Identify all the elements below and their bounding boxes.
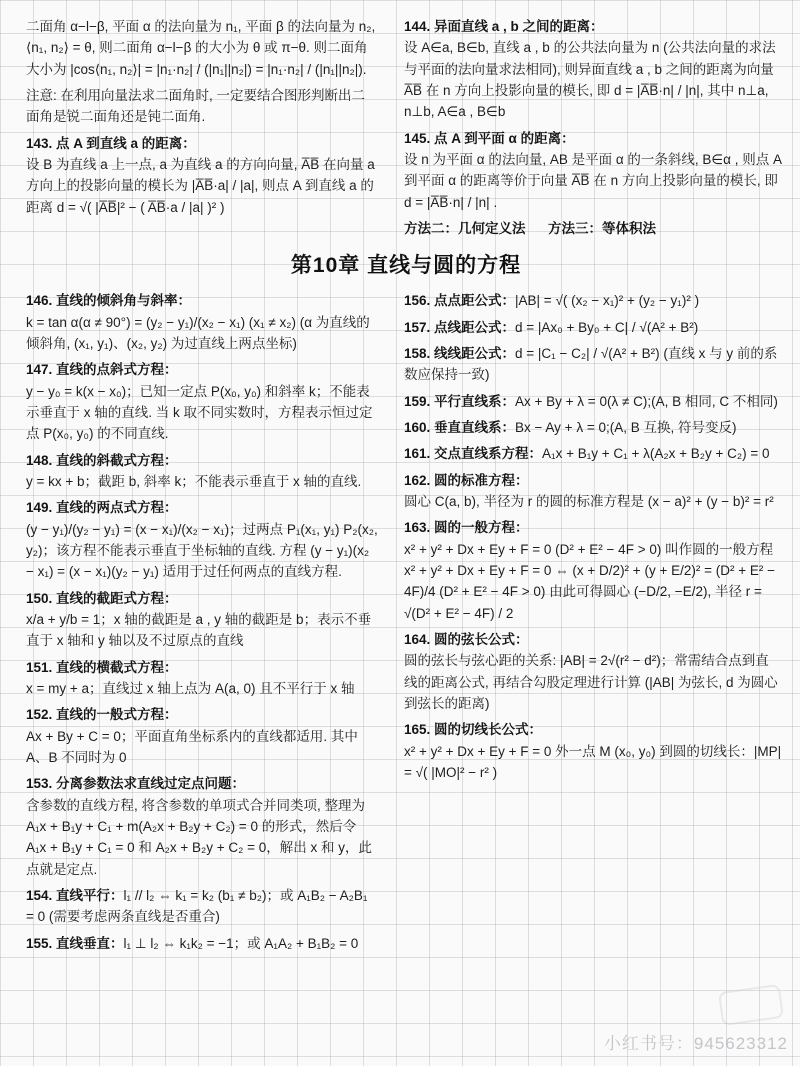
formula-item-155: 155. 直线垂直：l₁ ⊥ l₂ ⇔ k₁k₂ = −1；或 A₁A₂ + B… xyxy=(26,933,378,954)
item-body: Ax + By + λ = 0(λ ≠ C);(A, B 相同, C 不相同) xyxy=(515,394,778,409)
item-body: y = kx + b；截距 b, 斜率 k；不能表示垂直于 x 轴的直线. xyxy=(26,474,361,489)
item-body: 圆的弦长与弦心距的关系: |AB| = 2√(r² − d²)；常需结合点到直线… xyxy=(404,653,778,711)
formula-item-158: 158. 线线距公式：d = |C₁ − C₂| / √(A² + B²) (直… xyxy=(404,343,782,386)
item-title: 162. 圆的标准方程： xyxy=(404,470,782,491)
item-title: 161. 交点直线系方程： xyxy=(404,446,542,461)
item-title: 155. 直线垂直： xyxy=(26,936,124,951)
item-body: y − y₀ = k(x − x₀)；已知一定点 P(x₀, y₀) 和斜率 k… xyxy=(26,384,373,442)
item-body: Bx − Ay + λ = 0;(A, B 互换, 符号变反) xyxy=(515,420,736,435)
item-body: 含参数的直线方程, 将含参数的单项式合并同类项, 整理为 A₁x + B₁y +… xyxy=(26,798,372,877)
item-body: d = |Ax₀ + By₀ + C| / √(A² + B²) xyxy=(515,320,698,335)
chapter-title: 第10章 直线与圆的方程 xyxy=(26,249,786,282)
formula-item-164: 164. 圆的弦长公式：圆的弦长与弦心距的关系: |AB| = 2√(r² − … xyxy=(404,629,782,714)
formula-item-151: 151. 直线的横截式方程：x = my + a；直线过 x 轴上点为 A(a,… xyxy=(26,657,378,700)
item-body: 设 A∈a, B∈b, 直线 a , b 的公共法向量为 n (公共法向量的求法… xyxy=(404,40,776,119)
item-title: 156. 点点距公式： xyxy=(404,293,515,308)
formula-item-152: 152. 直线的一般式方程：Ax + By + C = 0；平面直角坐标系内的直… xyxy=(26,704,378,768)
formula-item-150: 150. 直线的截距式方程：x/a + y/b = 1；x 轴的截距是 a , … xyxy=(26,588,378,652)
alternate-methods-line: 方法二：几何定义法 方法三：等体积法 xyxy=(404,218,782,239)
formula-item-153: 153. 分离参数法求直线过定点问题：含参数的直线方程, 将含参数的单项式合并同… xyxy=(26,773,378,880)
formula-item-143: 143. 点 A 到直线 a 的距离： 设 B 为直线 a 上一点, a 为直线… xyxy=(26,133,378,218)
item-body: x² + y² + Dx + Ey + F = 0 (D² + E² − 4F … xyxy=(404,542,775,621)
formula-item-154: 154. 直线平行：l₁ // l₂ ⇔ k₁ = k₂ (b₁ ≠ b₂)；或… xyxy=(26,885,378,928)
item-title: 143. 点 A 到直线 a 的距离： xyxy=(26,133,378,154)
item-title: 154. 直线平行： xyxy=(26,888,124,903)
formula-item-145: 145. 点 A 到平面 α 的距离： 设 n 为平面 α 的法向量, AB 是… xyxy=(404,128,782,213)
formula-item-162: 162. 圆的标准方程：圆心 C(a, b), 半径为 r 的圆的标准方程是 (… xyxy=(404,470,782,513)
formula-item-156: 156. 点点距公式：|AB| = √( (x₂ − x₁)² + (y₂ − … xyxy=(404,290,782,311)
item-title: 158. 线线距公式： xyxy=(404,346,515,361)
main-section: 146. 直线的倾斜角与斜率：k = tan α(α ≠ 90°) = (y₂ … xyxy=(26,290,786,959)
item-body: Ax + By + C = 0；平面直角坐标系内的直线都适用. 其中 A、B 不… xyxy=(26,729,358,765)
item-body: x/a + y/b = 1；x 轴的截距是 a , y 轴的截距是 b；表示不垂… xyxy=(26,612,371,648)
notes-page: 二面角 α−l−β, 平面 α 的法向量为 n₁, 平面 β 的法向量为 n₂,… xyxy=(0,0,800,1066)
item-body: x² + y² + Dx + Ey + F = 0 外一点 M (x₀, y₀)… xyxy=(404,744,781,780)
main-right-column: 156. 点点距公式：|AB| = √( (x₂ − x₁)² + (y₂ − … xyxy=(404,290,782,959)
item-title: 157. 点线距公式： xyxy=(404,320,515,335)
item-body: (y − y₁)/(y₂ − y₁) = (x − x₁)/(x₂ − x₁)；… xyxy=(26,522,378,580)
formula-item-165: 165. 圆的切线长公式：x² + y² + Dx + Ey + F = 0 外… xyxy=(404,719,782,783)
item-body: |AB| = √( (x₂ − x₁)² + (y₂ − y₁)² ) xyxy=(515,293,699,308)
formula-item-149: 149. 直线的两点式方程：(y − y₁)/(y₂ − y₁) = (x − … xyxy=(26,497,378,582)
top-left-column: 二面角 α−l−β, 平面 α 的法向量为 n₁, 平面 β 的法向量为 n₂,… xyxy=(26,16,378,239)
formula-item-161: 161. 交点直线系方程：A₁x + B₁y + C₁ + λ(A₂x + B₂… xyxy=(404,443,782,464)
item-title: 150. 直线的截距式方程： xyxy=(26,588,378,609)
formula-item-144: 144. 异面直线 a , b 之间的距离： 设 A∈a, B∈b, 直线 a … xyxy=(404,16,782,123)
formula-item-163: 163. 圆的一般方程：x² + y² + Dx + Ey + F = 0 (D… xyxy=(404,517,782,624)
item-title: 163. 圆的一般方程： xyxy=(404,517,782,538)
item-title: 146. 直线的倾斜角与斜率： xyxy=(26,290,378,311)
formula-item-160: 160. 垂直直线系：Bx − Ay + λ = 0;(A, B 互换, 符号变… xyxy=(404,417,782,438)
formula-item-146: 146. 直线的倾斜角与斜率：k = tan α(α ≠ 90°) = (y₂ … xyxy=(26,290,378,354)
item-title: 164. 圆的弦长公式： xyxy=(404,629,782,650)
formula-item-148: 148. 直线的斜截式方程：y = kx + b；截距 b, 斜率 k；不能表示… xyxy=(26,450,378,493)
item-title: 160. 垂直直线系： xyxy=(404,420,515,435)
main-left-column: 146. 直线的倾斜角与斜率：k = tan α(α ≠ 90°) = (y₂ … xyxy=(26,290,378,959)
formula-item-157: 157. 点线距公式：d = |Ax₀ + By₀ + C| / √(A² + … xyxy=(404,317,782,338)
top-right-column: 144. 异面直线 a , b 之间的距离： 设 A∈a, B∈b, 直线 a … xyxy=(404,16,782,239)
item-title: 153. 分离参数法求直线过定点问题： xyxy=(26,773,378,794)
item-title: 145. 点 A 到平面 α 的距离： xyxy=(404,128,782,149)
faint-stamp-mark xyxy=(718,984,784,1026)
formula-item-147: 147. 直线的点斜式方程：y − y₀ = k(x − x₀)；已知一定点 P… xyxy=(26,359,378,444)
item-body: A₁x + B₁y + C₁ + λ(A₂x + B₂y + C₂) = 0 xyxy=(542,446,769,461)
item-title: 151. 直线的横截式方程： xyxy=(26,657,378,678)
dihedral-angle-paragraph: 二面角 α−l−β, 平面 α 的法向量为 n₁, 平面 β 的法向量为 n₂,… xyxy=(26,16,378,80)
item-title: 152. 直线的一般式方程： xyxy=(26,704,378,725)
item-title: 149. 直线的两点式方程： xyxy=(26,497,378,518)
item-title: 159. 平行直线系： xyxy=(404,394,515,409)
watermark-text: 小红书号：945623312 xyxy=(604,1031,788,1058)
item-body: x = my + a；直线过 x 轴上点为 A(a, 0) 且不平行于 x 轴 xyxy=(26,681,355,696)
item-body: 设 n 为平面 α 的法向量, AB 是平面 α 的一条斜线, B∈α , 则点… xyxy=(404,152,781,210)
item-title: 144. 异面直线 a , b 之间的距离： xyxy=(404,16,782,37)
formula-item-159: 159. 平行直线系：Ax + By + λ = 0(λ ≠ C);(A, B … xyxy=(404,391,782,412)
item-body: k = tan α(α ≠ 90°) = (y₂ − y₁)/(x₂ − x₁)… xyxy=(26,315,370,351)
item-title: 148. 直线的斜截式方程： xyxy=(26,450,378,471)
item-body: 设 B 为直线 a 上一点, a 为直线 a 的方向向量, A̅B̅ 在向量 a… xyxy=(26,157,375,215)
item-body: 圆心 C(a, b), 半径为 r 的圆的标准方程是 (x − a)² + (y… xyxy=(404,494,774,509)
item-title: 147. 直线的点斜式方程： xyxy=(26,359,378,380)
item-title: 165. 圆的切线长公式： xyxy=(404,719,782,740)
item-body: l₁ ⊥ l₂ ⇔ k₁k₂ = −1；或 A₁A₂ + B₁B₂ = 0 xyxy=(124,936,359,951)
top-section: 二面角 α−l−β, 平面 α 的法向量为 n₁, 平面 β 的法向量为 n₂,… xyxy=(26,16,786,239)
dihedral-angle-note: 注意: 在利用向量法求二面角时, 一定要结合图形判断出二面角是锐二面角还是钝二面… xyxy=(26,85,378,128)
